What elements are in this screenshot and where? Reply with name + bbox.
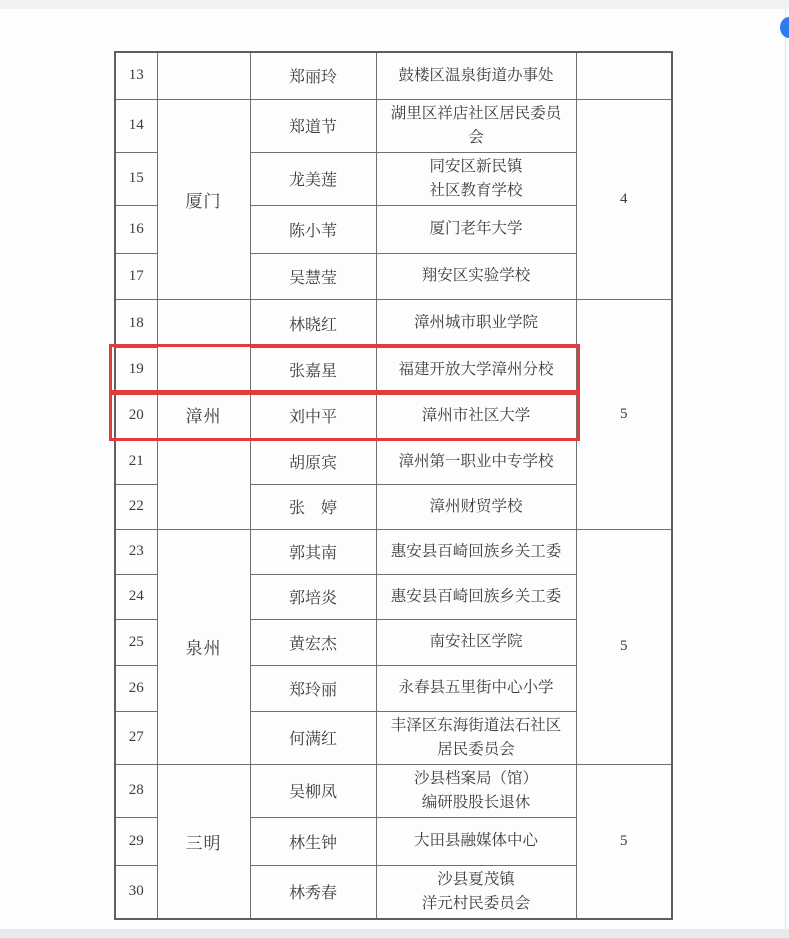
page-edge-line: [785, 9, 786, 929]
table-row-18: 18漳州林晓红漳州城市职业学院5: [115, 299, 672, 347]
row-number: 15: [115, 152, 157, 205]
member-name: 郭其南: [250, 529, 376, 574]
viewer-top-strip: [0, 0, 789, 9]
organization-name: 丰泽区东海街道法石社区 居民委员会: [376, 711, 576, 764]
group-count: 5: [576, 529, 672, 764]
row-number: 28: [115, 764, 157, 817]
row-number: 18: [115, 299, 157, 347]
organization-name: 沙县夏茂镇 洋元村民委员会: [376, 865, 576, 919]
member-name: 黄宏杰: [250, 619, 376, 665]
region-cell: [157, 52, 250, 99]
member-name: 陈小苇: [250, 205, 376, 253]
member-name: 何满红: [250, 711, 376, 764]
member-name: 刘中平: [250, 392, 376, 439]
group-count: 5: [576, 299, 672, 529]
organization-name: 漳州市社区大学: [376, 392, 576, 439]
organization-name: 惠安县百崎回族乡关工委: [376, 529, 576, 574]
member-name: 吴慧莹: [250, 253, 376, 299]
member-name: 林秀春: [250, 865, 376, 919]
group-count: 5: [576, 764, 672, 919]
member-name: 郑丽玲: [250, 52, 376, 99]
member-name: 郭培炎: [250, 574, 376, 619]
member-name: 林生钟: [250, 817, 376, 865]
member-name: 张嘉星: [250, 347, 376, 392]
organization-name: 大田县融媒体中心: [376, 817, 576, 865]
row-number: 30: [115, 865, 157, 919]
organization-name: 鼓楼区温泉街道办事处: [376, 52, 576, 99]
member-name: 郑玲丽: [250, 665, 376, 711]
organization-name: 福建开放大学漳州分校: [376, 347, 576, 392]
member-name: 郑道节: [250, 99, 376, 152]
table-row-13: 13郑丽玲鼓楼区温泉街道办事处: [115, 52, 672, 99]
row-number: 20: [115, 392, 157, 439]
member-name: 胡原宾: [250, 439, 376, 484]
organization-name: 永春县五里街中心小学: [376, 665, 576, 711]
roster-table-body: 13郑丽玲鼓楼区温泉街道办事处14厦门郑道节湖里区祥店社区居民委员 会415龙美…: [115, 52, 672, 919]
row-number: 17: [115, 253, 157, 299]
member-name: 林晓红: [250, 299, 376, 347]
row-number: 23: [115, 529, 157, 574]
row-number: 22: [115, 484, 157, 529]
organization-name: 漳州财贸学校: [376, 484, 576, 529]
row-number: 14: [115, 99, 157, 152]
blue-handle-icon[interactable]: [780, 17, 789, 38]
document-page: 13郑丽玲鼓楼区温泉街道办事处14厦门郑道节湖里区祥店社区居民委员 会415龙美…: [0, 0, 789, 938]
organization-name: 湖里区祥店社区居民委员 会: [376, 99, 576, 152]
organization-name: 南安社区学院: [376, 619, 576, 665]
row-number: 21: [115, 439, 157, 484]
organization-name: 翔安区实验学校: [376, 253, 576, 299]
row-number: 29: [115, 817, 157, 865]
group-count: [576, 52, 672, 99]
organization-name: 同安区新民镇 社区教育学校: [376, 152, 576, 205]
row-number: 24: [115, 574, 157, 619]
region-cell: 泉州: [157, 529, 250, 764]
organization-name: 沙县档案局（馆） 编研股股长退休: [376, 764, 576, 817]
member-name: 张 婷: [250, 484, 376, 529]
organization-name: 惠安县百崎回族乡关工委: [376, 574, 576, 619]
row-number: 26: [115, 665, 157, 711]
region-cell: 漳州: [157, 299, 250, 529]
table-row-23: 23泉州郭其南惠安县百崎回族乡关工委5: [115, 529, 672, 574]
row-number: 13: [115, 52, 157, 99]
row-number: 27: [115, 711, 157, 764]
organization-name: 漳州第一职业中专学校: [376, 439, 576, 484]
table-row-14: 14厦门郑道节湖里区祥店社区居民委员 会4: [115, 99, 672, 152]
organization-name: 漳州城市职业学院: [376, 299, 576, 347]
row-number: 25: [115, 619, 157, 665]
region-cell: 三明: [157, 764, 250, 919]
group-count: 4: [576, 99, 672, 299]
viewer-bottom-strip: [0, 929, 789, 938]
member-name: 龙美莲: [250, 152, 376, 205]
table-row-28: 28三明吴柳凤沙县档案局（馆） 编研股股长退休5: [115, 764, 672, 817]
row-number: 19: [115, 347, 157, 392]
row-number: 16: [115, 205, 157, 253]
roster-table: 13郑丽玲鼓楼区温泉街道办事处14厦门郑道节湖里区祥店社区居民委员 会415龙美…: [114, 51, 673, 920]
organization-name: 厦门老年大学: [376, 205, 576, 253]
region-cell: 厦门: [157, 99, 250, 299]
member-name: 吴柳凤: [250, 764, 376, 817]
